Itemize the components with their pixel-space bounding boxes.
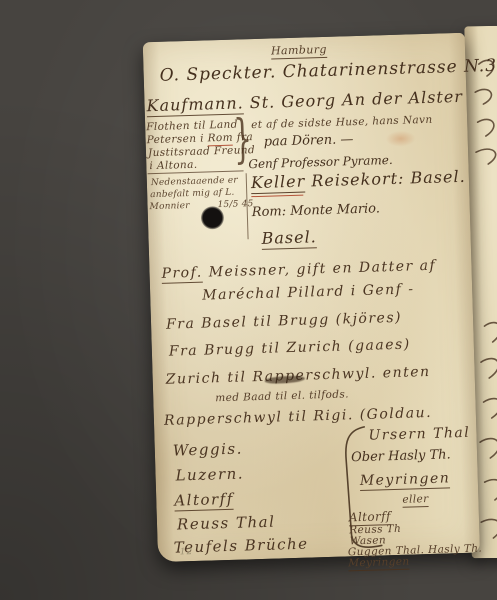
meissner-line1: Prof. Meissner, gift en Datter af	[161, 258, 436, 282]
itinerary-line1: Fra Basel til Brugg (kjöres)	[166, 310, 402, 333]
basel-line: Basel.	[261, 227, 317, 250]
punch-hole	[201, 206, 225, 230]
left-list-item-teufels-bruche: Teufels Brüche	[173, 535, 308, 557]
right-list-item-meyringen-1: Meyringen	[360, 470, 451, 491]
header-line: O. Speckter. Chatarinenstrasse N.31.	[159, 55, 497, 86]
keller-rest: Reisekort: Basel.	[305, 167, 466, 191]
inline-note-line1: et af de sidste Huse, hans Navn	[251, 114, 433, 131]
left-list-item-reuss-thal: Reuss Thal	[177, 513, 276, 534]
right-list-item-meyringen-2: Meyringen	[348, 556, 410, 572]
kaufmann-rest: St. Georg An der Alster	[243, 87, 463, 112]
margin-note-line2: anbefalt mig af L.	[150, 188, 235, 200]
ink-stain	[385, 130, 415, 147]
header-annotation: Hamburg	[271, 43, 327, 60]
itinerary-line4: med Baad til el. tilfods.	[215, 388, 349, 404]
inline-note-line2: paa Dören. —	[264, 132, 354, 150]
itinerary-line2: Fra Brugg til Zurich (gaaes)	[169, 336, 411, 359]
prof-word: Prof.	[161, 265, 203, 284]
right-list-item-ober-hasly: Ober Hasly Th.	[351, 447, 451, 465]
margin-note-line1: Nedenstaaende er	[151, 176, 238, 189]
margin-block-line4: i Altona.	[149, 159, 197, 172]
rom-line: Rom: Monte Mario.	[252, 201, 381, 220]
kaufmann-word: Kaufmann.	[146, 93, 244, 117]
keller-word: Keller	[251, 172, 306, 195]
pencil-page-number: 12	[180, 547, 194, 557]
right-list-item-eller: eller	[402, 493, 429, 508]
photo-background: { "document_type": "handwritten notebook…	[0, 0, 497, 600]
meissner-line2: Maréchal Pillard i Genf -	[202, 281, 415, 303]
left-list-item-weggis: Weggis.	[173, 440, 244, 460]
left-list-item-luzern: Luzern.	[175, 464, 244, 484]
keller-line: Keller Reisekort: Basel.	[251, 167, 466, 192]
right-list-item-ursern-thal: Ursern Thal	[368, 425, 470, 444]
left-list-item-altorff: Altorff	[174, 490, 234, 512]
margin-block-line2-pre: Petersen i	[146, 132, 207, 146]
itinerary-line5: Rapperschwyl til Rigi. (Goldau.	[164, 405, 433, 429]
margin-note-date: 15/5 45	[217, 199, 253, 210]
margin-note-line3: Monnier	[149, 201, 189, 212]
kaufmann-line: Kaufmann. St. Georg An der Alster	[146, 87, 463, 115]
meissner-rest: Meissner, gift en Datter af	[203, 258, 437, 281]
notebook-page: Hamburg O. Speckter. Chatarinenstrasse N…	[143, 33, 480, 562]
genf-line: Genf Professor Pyrame.	[248, 153, 393, 171]
